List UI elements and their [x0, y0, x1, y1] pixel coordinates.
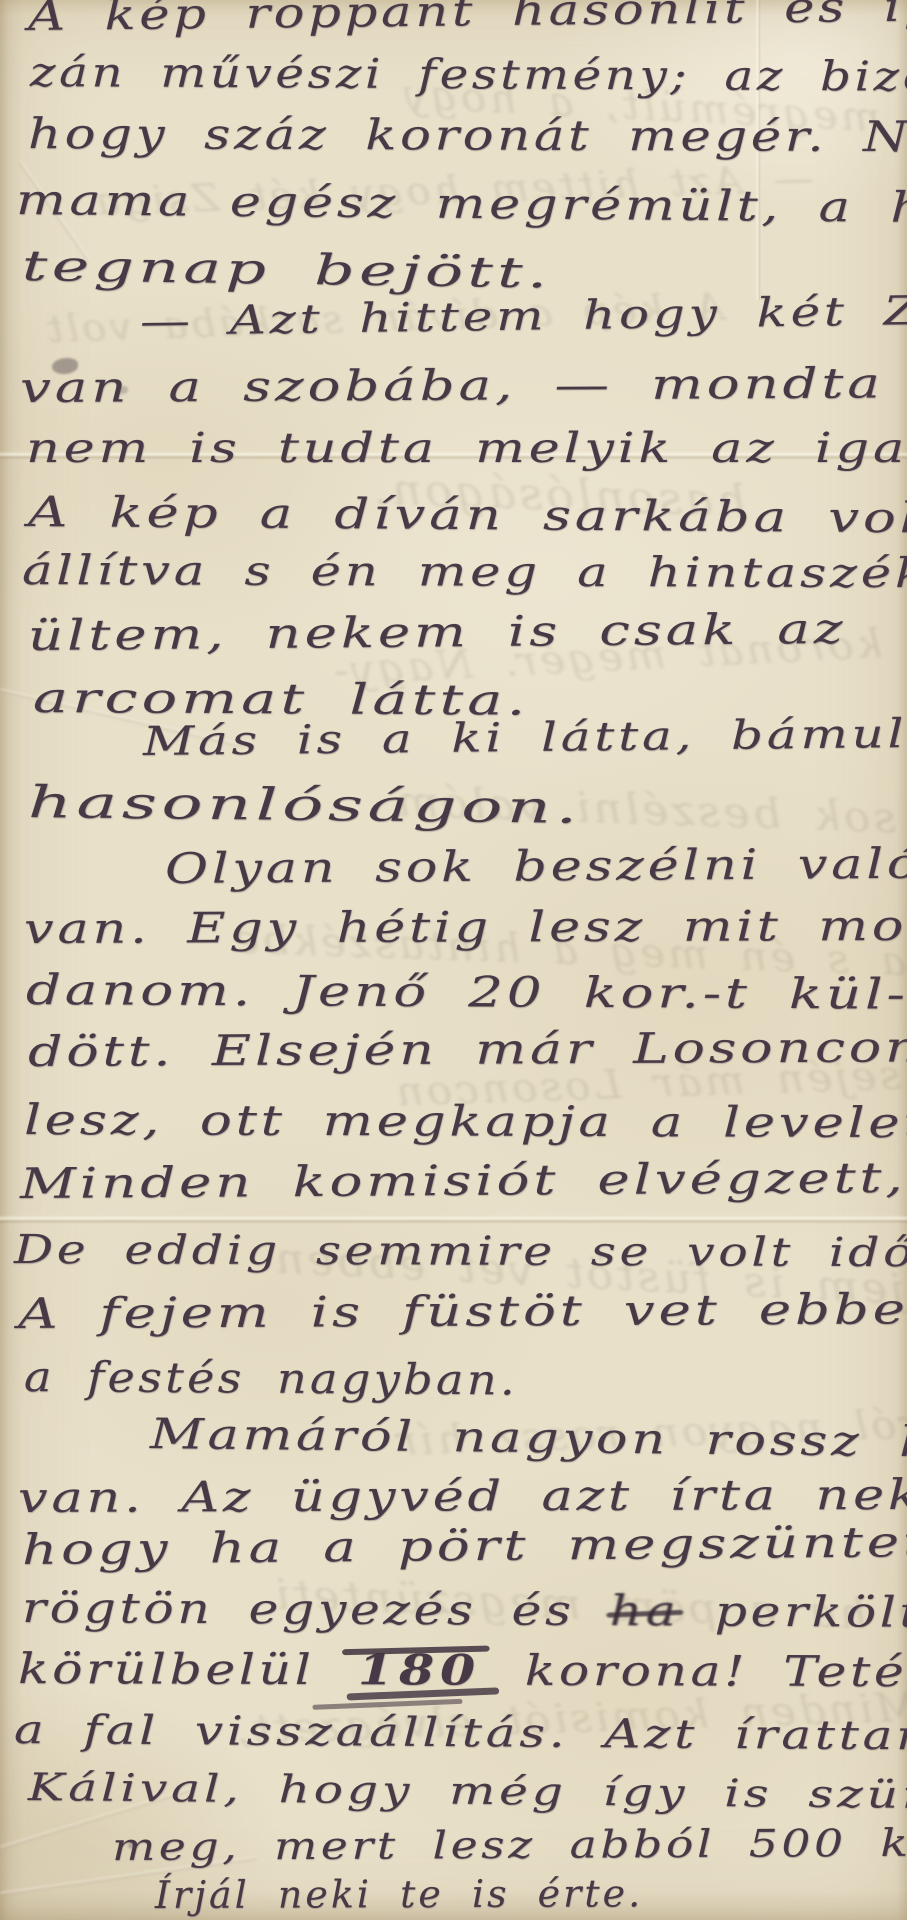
handwritten-line: A kép roppant hasonlit és iga-	[28, 0, 907, 39]
handwritten-line: — Azt hittem hogy két Zsiga	[140, 287, 907, 344]
ink-text-strike: ha	[610, 1587, 680, 1634]
handwritten-line: van. Az ügyvéd azt írta neki,	[18, 1471, 907, 1521]
handwritten-line: körülbelül 180 korona! Tetézés,	[18, 1645, 907, 1696]
ink-text: körülbelül	[18, 1644, 350, 1694]
handwritten-line: Írjál neki te is érte.	[155, 1872, 643, 1916]
handwritten-line: De eddig semmire se volt időm.	[14, 1228, 907, 1276]
handwritten-line: danom. Jenő 20 kor.-t kül-	[26, 966, 907, 1018]
handwritten-line: tegnap bejött.	[22, 242, 552, 296]
handwritten-line: ültem, nekem is csak az	[28, 605, 847, 659]
handwritten-line: rögtön egyezés és ha perköltség,	[22, 1584, 907, 1636]
ink-text-num: 180	[349, 1646, 489, 1694]
handwritten-line: nem is tudta melyik az igazi.	[26, 426, 907, 472]
handwritten-line: A kép a díván sarkába volt	[28, 488, 907, 541]
handwriting-lines: A kép roppant hasonlit és iga-zán művész…	[0, 0, 907, 1920]
letter-page: mama egész megrémült, a hogy— Azt hittem…	[0, 0, 907, 1920]
handwritten-line: hasonlóságon.	[28, 778, 582, 833]
handwritten-line: Kálival, hogy még így is szüntesse	[28, 1766, 907, 1818]
handwritten-line: lesz, ott megkapja a levelet.	[24, 1096, 907, 1146]
ink-text: perköltség,	[679, 1586, 907, 1637]
handwritten-line: hogy száz koronát megér. Nagy-	[28, 110, 907, 161]
handwritten-line: hogy ha a pört megszünteti	[22, 1518, 907, 1573]
handwritten-line: zán művészi festmény; az bizonyos	[30, 50, 907, 101]
handwritten-line: van. Egy hétig lesz mit mon-	[24, 902, 907, 952]
handwritten-line: Mamáról nagyon rossz hír	[150, 1410, 907, 1466]
ink-text: korona! Tetézés,	[489, 1646, 907, 1697]
handwritten-line: A fejem is füstöt vet ebben	[18, 1285, 907, 1337]
handwritten-line: állítva s én meg a hintaszékbe	[22, 548, 907, 597]
handwritten-line: mama egész megrémült, a hogy	[16, 176, 907, 232]
handwritten-line: Más is a ki látta, bámul a	[143, 711, 907, 765]
handwritten-line: a fal visszaállítás. Azt írattam	[14, 1708, 907, 1759]
handwritten-line: dött. Elsején már Losoncon	[28, 1023, 907, 1075]
handwritten-line: meg, mert lesz abból 500 kor. is.	[112, 1821, 907, 1869]
handwritten-line: a festés nagyban.	[24, 1353, 518, 1403]
handwritten-line: Minden komisiót elvégzett,	[20, 1154, 907, 1207]
handwritten-line: Olyan sok beszélni valóm	[165, 839, 907, 892]
ink-text: rögtön egyezés és	[22, 1583, 610, 1635]
handwritten-line: van a szobába, — mondta és	[20, 359, 907, 411]
